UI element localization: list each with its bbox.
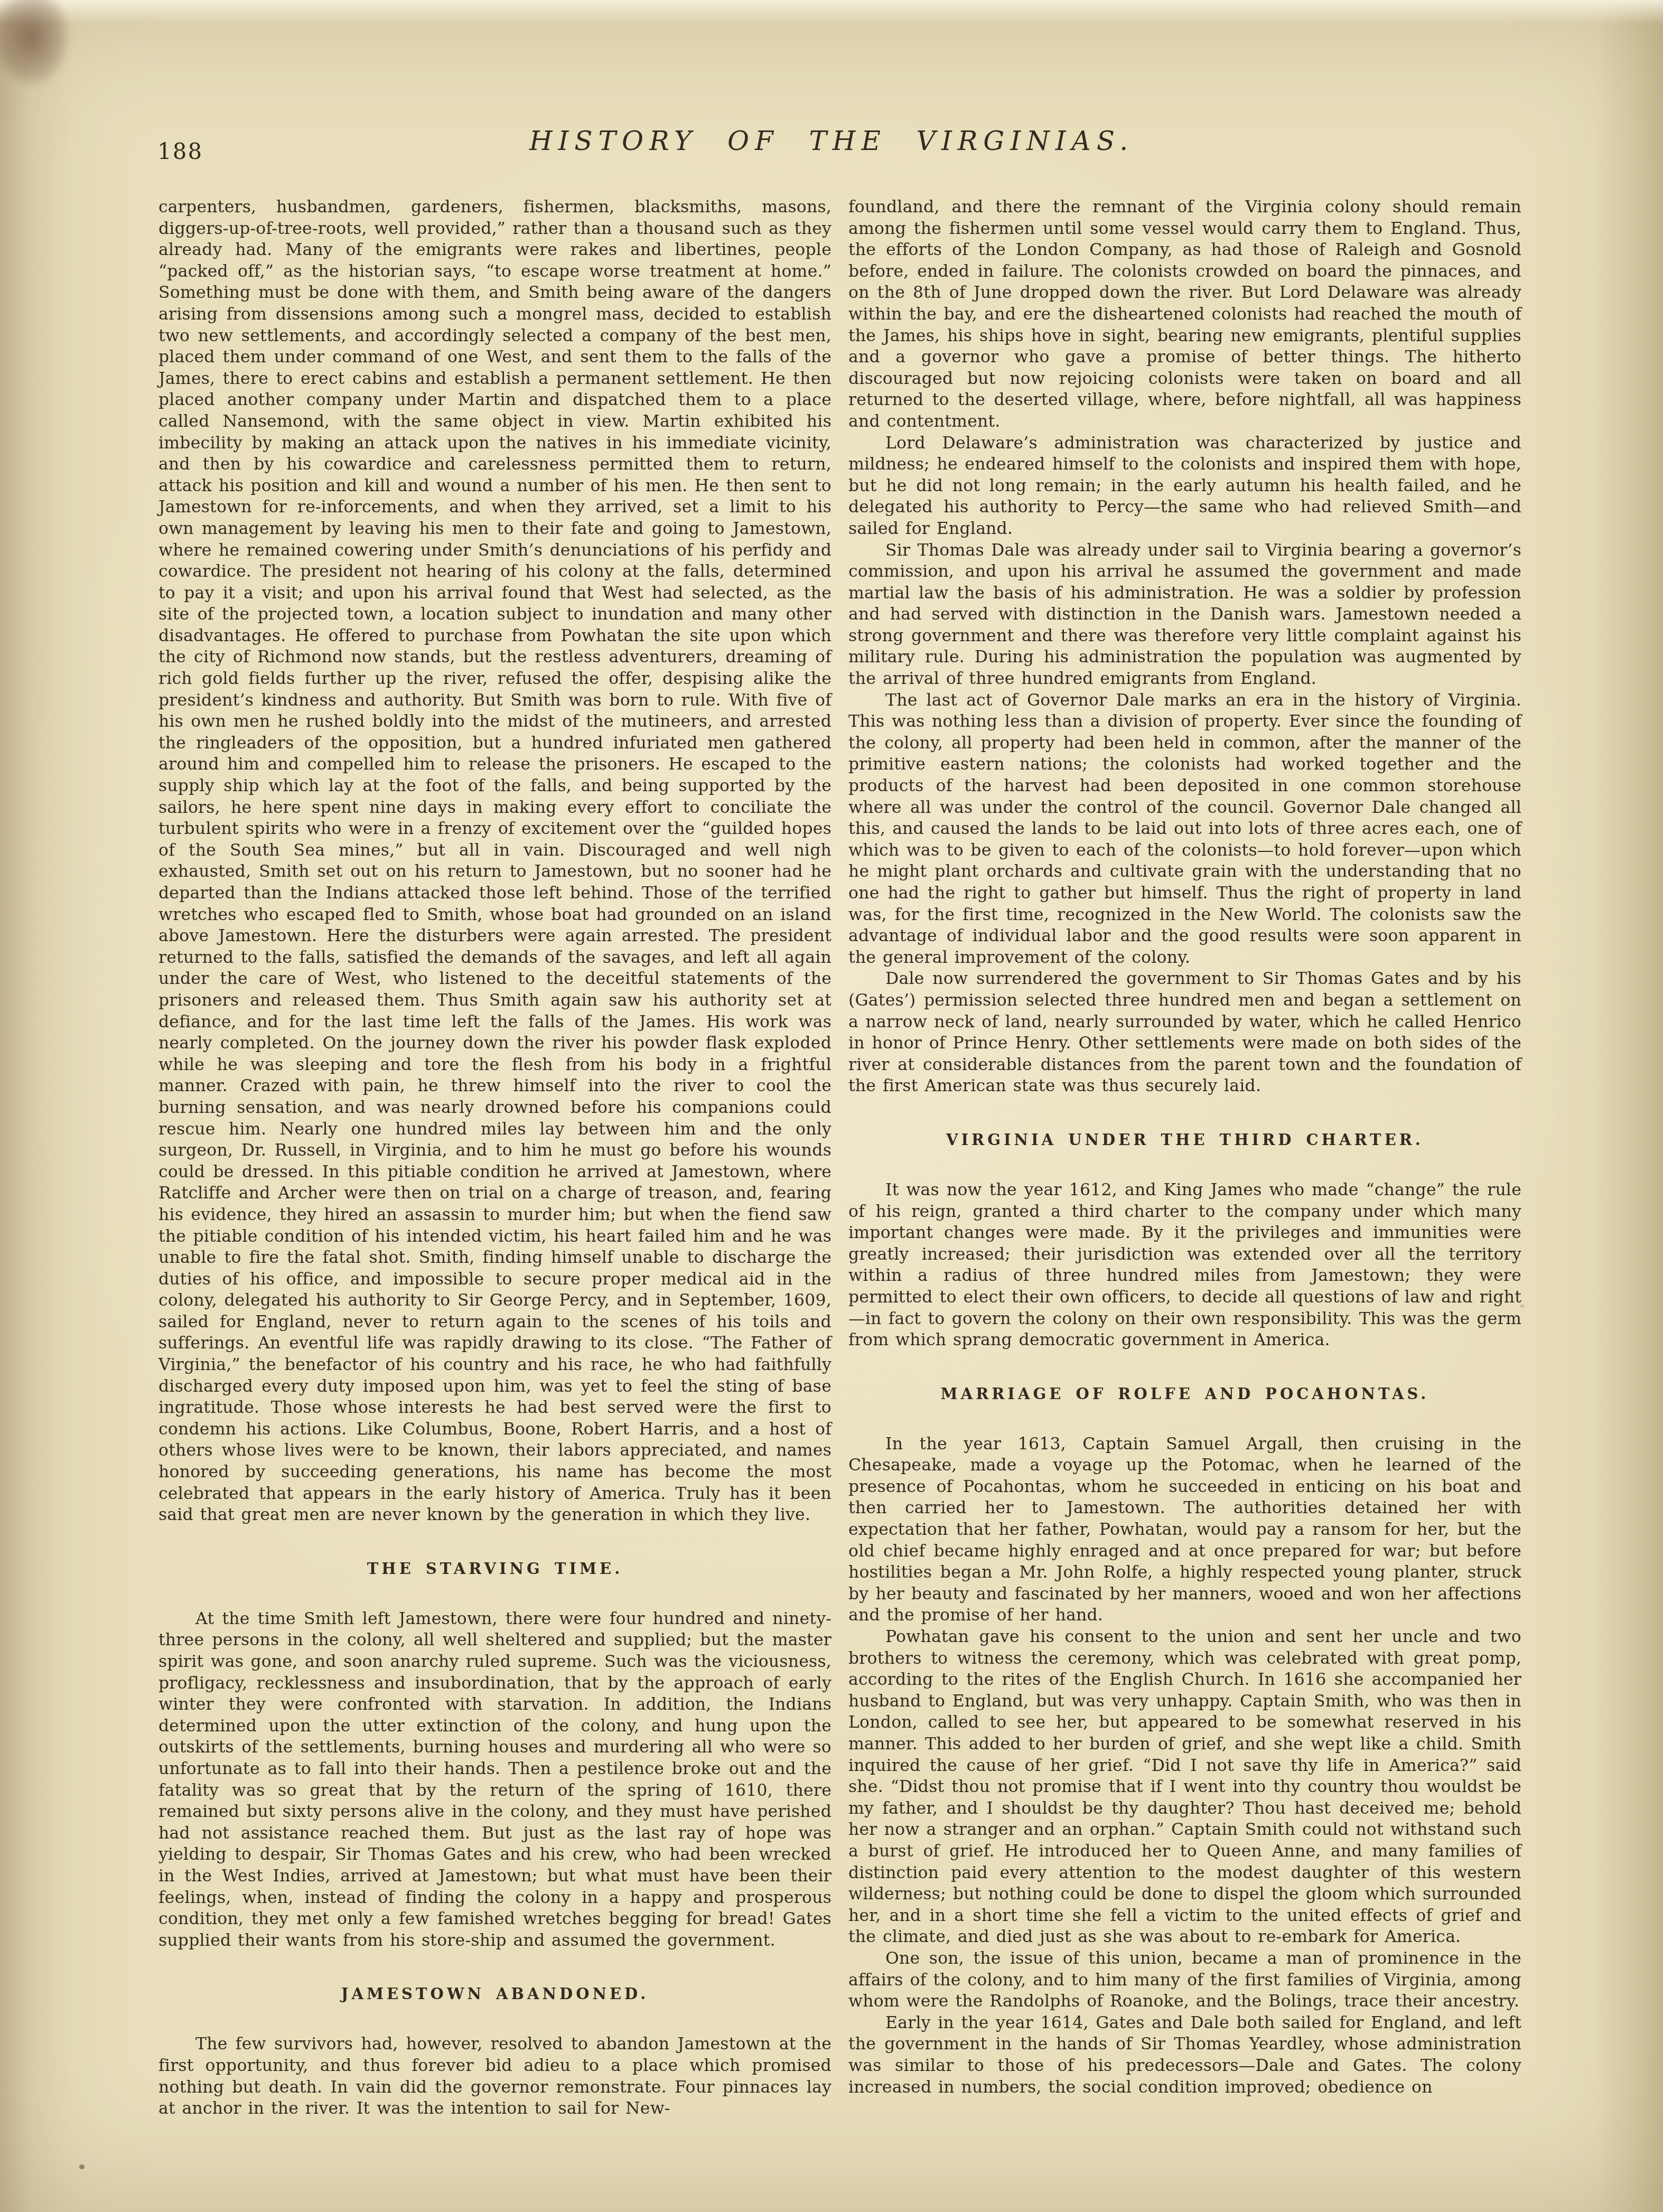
book-page-scan: { "page": { "number": "188", "title": "H…	[0, 0, 1663, 2212]
paragraph: carpenters, husbandmen, gardeners, fishe…	[158, 196, 831, 1526]
text-column-right: foundland, and there the remnant of the …	[848, 196, 1521, 2120]
scan-corner-smudge	[0, 0, 85, 106]
section-heading: THE STARVING TIME.	[158, 1560, 831, 1578]
paragraph: Sir Thomas Dale was already under sail t…	[848, 540, 1521, 690]
paragraph: The few survivors had, however, resolved…	[158, 2033, 831, 2119]
paragraph: Powhatan gave his consent to the union a…	[848, 1626, 1521, 1948]
paragraph: The last act of Governor Dale marks an e…	[848, 690, 1521, 969]
section-heading: VIRGINIA UNDER THE THIRD CHARTER.	[848, 1131, 1521, 1149]
section-heading: JAMESTOWN ABANDONED.	[158, 1985, 831, 2003]
paragraph: Early in the year 1614, Gates and Dale b…	[848, 2012, 1521, 2098]
two-column-text-body: carpenters, husbandmen, gardeners, fishe…	[158, 196, 1521, 2120]
section-heading: MARRIAGE OF ROLFE AND POCAHONTAS.	[848, 1385, 1521, 1403]
paragraph: Dale now surrendered the government to S…	[848, 968, 1521, 1097]
paragraph: At the time Smith left Jamestown, there …	[158, 1608, 831, 1952]
text-column-left: carpenters, husbandmen, gardeners, fishe…	[158, 196, 831, 2120]
paragraph: It was now the year 1612, and King James…	[848, 1179, 1521, 1351]
paragraph: foundland, and there the remnant of the …	[848, 196, 1521, 433]
paragraph: Lord Delaware’s administration was chara…	[848, 433, 1521, 540]
page-top-edge	[0, 0, 1663, 24]
scan-speck	[79, 2164, 85, 2169]
paragraph: One son, the issue of this union, became…	[848, 1948, 1521, 2012]
page-title: HISTORY OF THE VIRGINIAS.	[0, 126, 1663, 156]
paragraph: In the year 1613, Captain Samuel Argall,…	[848, 1433, 1521, 1626]
